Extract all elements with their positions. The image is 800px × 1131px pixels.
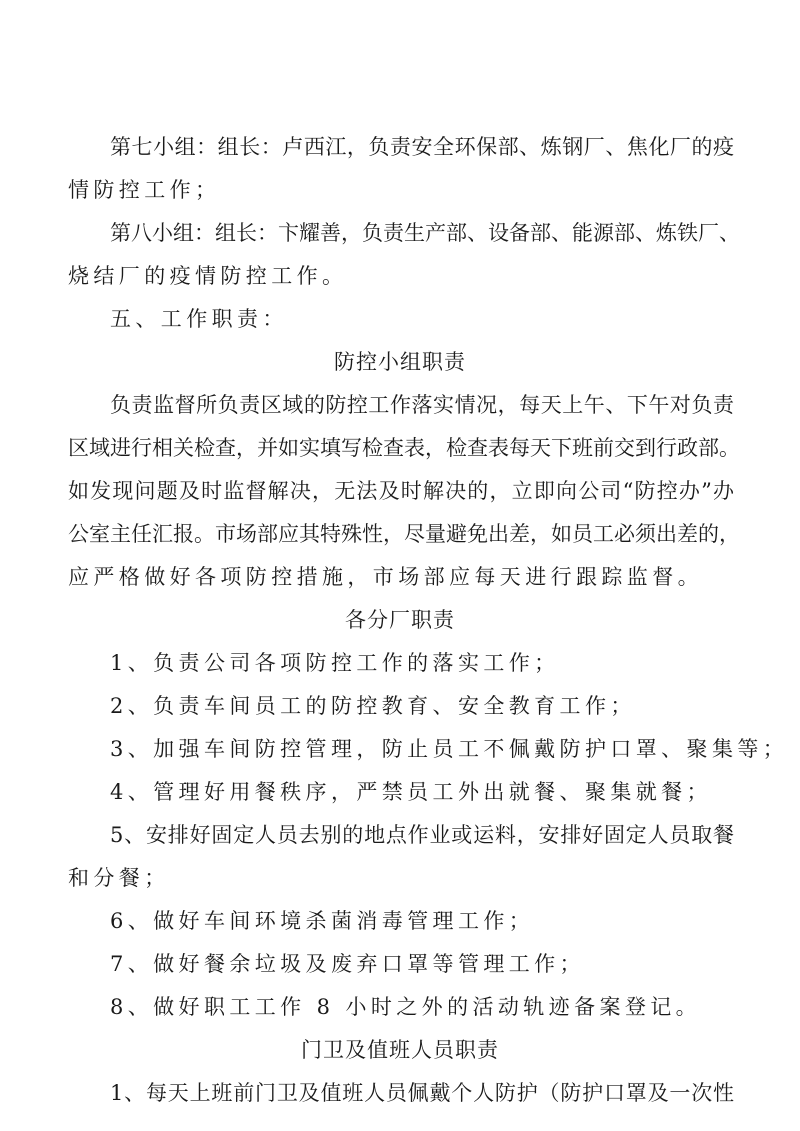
group-seven-line-2: 情防控工作； [68, 175, 734, 205]
branch-factory-item: 1、负责公司各项防控工作的落实工作； [110, 648, 734, 678]
guard-duty-item: 1、每天上班前门卫及值班人员佩戴个人防护（防护口罩及一次性 [110, 1078, 734, 1108]
group-eight-line-1: 第八小组：组长：卞耀善，负责生产部、设备部、能源部、炼铁厂、 [110, 218, 734, 248]
prevention-team-line: 如发现问题及时监督解决，无法及时解决的，立即向公司“防控办”办 [68, 476, 734, 506]
guard-duty-heading: 门卫及值班人员职责 [0, 1035, 800, 1065]
group-seven-line-1: 第七小组：组长：卢西江，负责安全环保部、炼钢厂、焦化厂的疫 [110, 132, 734, 162]
prevention-team-line: 区域进行相关检查，并如实填写检查表，检查表每天下班前交到行政部。 [68, 433, 734, 463]
branch-factory-item: 5、安排好固定人员去别的地点作业或运料，安排好固定人员取餐 [110, 820, 734, 850]
group-eight-line-2: 烧结厂的疫情防控工作。 [68, 261, 734, 291]
prevention-team-line: 负责监督所负责区域的防控工作落实情况，每天上午、下午对负责 [110, 390, 734, 420]
branch-factory-item: 7、做好餐余垃圾及废弃口罩等管理工作； [110, 949, 734, 979]
prevention-team-line: 公室主任汇报。市场部应其特殊性，尽量避免出差，如员工必须出差的， [68, 519, 734, 549]
branch-factory-item-continued: 和分餐； [68, 863, 734, 893]
branch-factory-item: 4、管理好用餐秩序，严禁员工外出就餐、聚集就餐； [110, 777, 734, 807]
branch-factory-item: 6、做好车间环境杀菌消毒管理工作； [110, 906, 734, 936]
branch-factory-item: 2、负责车间员工的防控教育、安全教育工作； [110, 691, 734, 721]
section-five-title: 五、工作职责： [110, 304, 734, 334]
document-page: 第七小组：组长：卢西江，负责安全环保部、炼钢厂、焦化厂的疫 情防控工作； 第八小… [0, 0, 800, 1131]
branch-factory-item: 8、做好职工工作 8 小时之外的活动轨迹备案登记。 [110, 992, 734, 1022]
prevention-team-heading: 防控小组职责 [0, 347, 800, 377]
branch-factory-heading: 各分厂职责 [0, 605, 800, 635]
branch-factory-item: 3、加强车间防控管理，防止员工不佩戴防护口罩、聚集等； [110, 734, 734, 764]
prevention-team-line: 应严格做好各项防控措施，市场部应每天进行跟踪监督。 [68, 562, 734, 592]
